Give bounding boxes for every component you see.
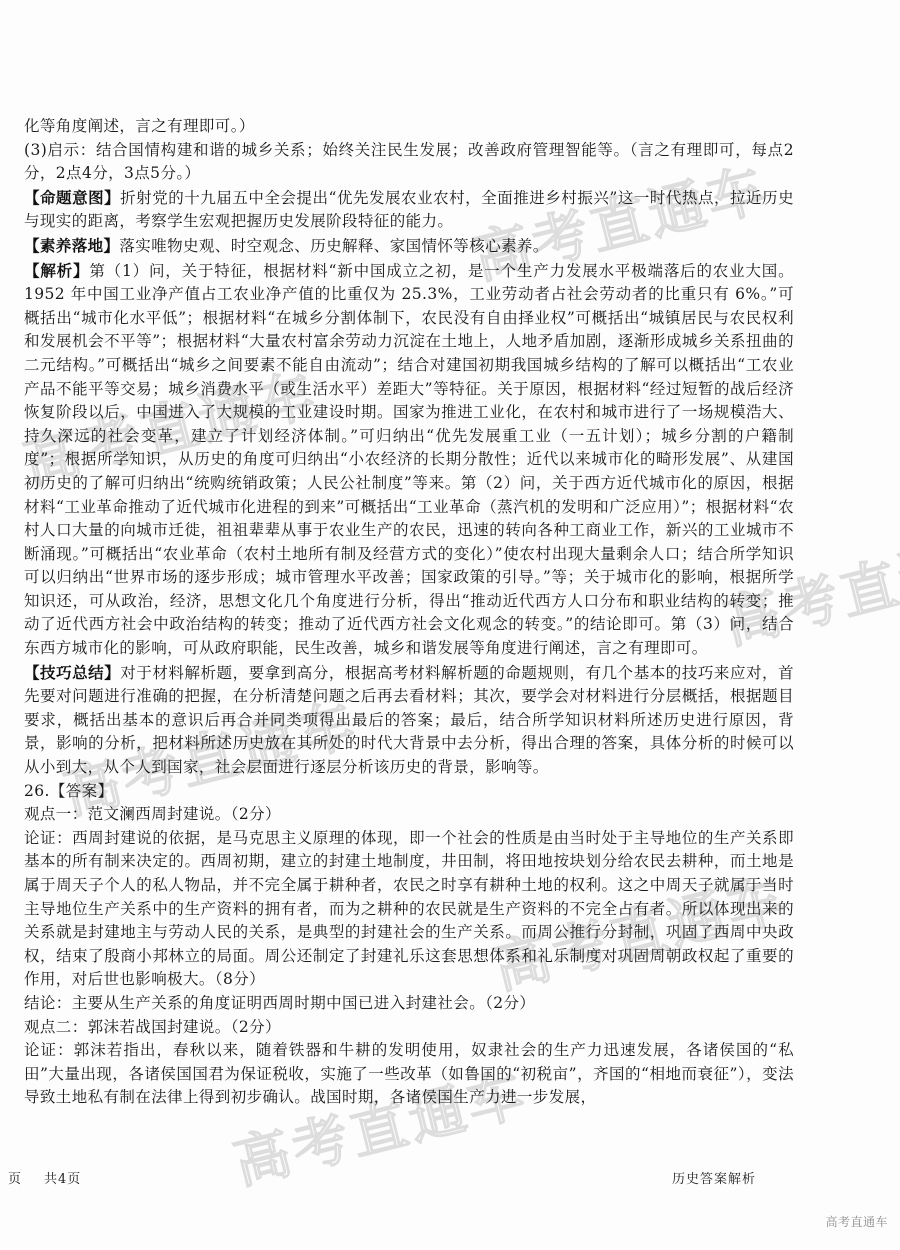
paragraph-technique-summary: 【技巧总结】对于材料解析题，要拿到高分，根据高考材料解析题的命题规则，有几个基本… xyxy=(24,661,794,780)
brand-watermark: 高考直通车 xyxy=(825,1213,888,1230)
paragraph-text: 观点二：郭沫若战国封建说。（2分） xyxy=(24,1018,281,1036)
section-tag: 【解析】 xyxy=(24,261,89,280)
paragraph-text: 26.【答案】 xyxy=(24,782,113,800)
question-26-heading: 26.【答案】 xyxy=(24,780,794,804)
paragraph-design-intent: 【命题意图】折射党的十九届五中全会提出“优先发展农业农村，全面推进乡村振兴”这一… xyxy=(24,186,794,234)
answer-body: 化等角度阐述，言之有理即可。） (3)启示：结合国情构建和谐的城乡关系；始终关注… xyxy=(24,115,794,1110)
paragraph-text: 折射党的十九届五中全会提出“优先发展农业农村，全面推进乡村振兴”这一时代热点，拉… xyxy=(24,189,794,231)
paragraph-inspiration: (3)启示：结合国情构建和谐的城乡关系；始终关注民生发展；改善政府管理智能等。（… xyxy=(24,139,794,186)
paragraph-text: 论证：西周封建说的依据，是马克思主义原理的体现，即一个社会的性质是由当时处于主导… xyxy=(24,829,794,989)
paragraph-text: 落实唯物史观、时空观念、历史解释、家国情怀等核心素养。 xyxy=(119,237,548,255)
section-tag: 【技巧总结】 xyxy=(24,663,120,682)
page-footer-left: 页共4页 xyxy=(8,1168,81,1187)
paragraph-core-literacy: 【素养落地】落实唯物史观、时空观念、历史解释、家国情怀等核心素养。 xyxy=(24,234,794,259)
section-tag: 【素养落地】 xyxy=(24,236,119,255)
viewpoint-one: 观点一：范文澜西周封建说。（2分） xyxy=(24,803,794,827)
paragraph-continuation: 化等角度阐述，言之有理即可。） xyxy=(24,115,794,139)
page-footer-title: 历史答案解析 xyxy=(672,1168,756,1187)
paragraph-text: 对于材料解析题，要拿到高分，根据高考材料解析题的命题规则，有几个基本的技巧来应对… xyxy=(24,664,794,776)
section-tag: 【命题意图】 xyxy=(24,188,120,207)
document-page: 高考直通车 高考直通车 高考直通车 高考直通车 高考直通车 高考直通车 化等角度… xyxy=(0,0,900,1250)
paragraph-text: 论证：郭沫若指出，春秋以来，随着铁器和牛耕的发明使用，奴隶社会的生产力迅速发展，… xyxy=(24,1041,794,1106)
total-pages: 共4页 xyxy=(44,1172,81,1187)
paragraph-text: 第（1）问，关于特征，根据材料“新中国成立之初，是一个生产力发展水平极端落后的农… xyxy=(24,262,794,658)
paragraph-text: 化等角度阐述，言之有理即可。） xyxy=(24,117,255,135)
page-label: 页 xyxy=(8,1172,22,1187)
argument-two: 论证：郭沫若指出，春秋以来，随着铁器和牛耕的发明使用，奴隶社会的生产力迅速发展，… xyxy=(24,1039,794,1110)
conclusion-one: 结论：主要从生产关系的角度证明西周时期中国已进入封建社会。（2分） xyxy=(24,992,794,1016)
argument-one: 论证：西周封建说的依据，是马克思主义原理的体现，即一个社会的性质是由当时处于主导… xyxy=(24,827,794,992)
paragraph-text: 结论：主要从生产关系的角度证明西周时期中国已进入封建社会。（2分） xyxy=(24,994,535,1012)
paragraph-text: 观点一：范文澜西周封建说。（2分） xyxy=(24,805,281,823)
viewpoint-two: 观点二：郭沫若战国封建说。（2分） xyxy=(24,1016,794,1040)
paragraph-analysis: 【解析】第（1）问，关于特征，根据材料“新中国成立之初，是一个生产力发展水平极端… xyxy=(24,259,794,661)
paragraph-text: (3)启示：结合国情构建和谐的城乡关系；始终关注民生发展；改善政府管理智能等。（… xyxy=(24,141,794,183)
